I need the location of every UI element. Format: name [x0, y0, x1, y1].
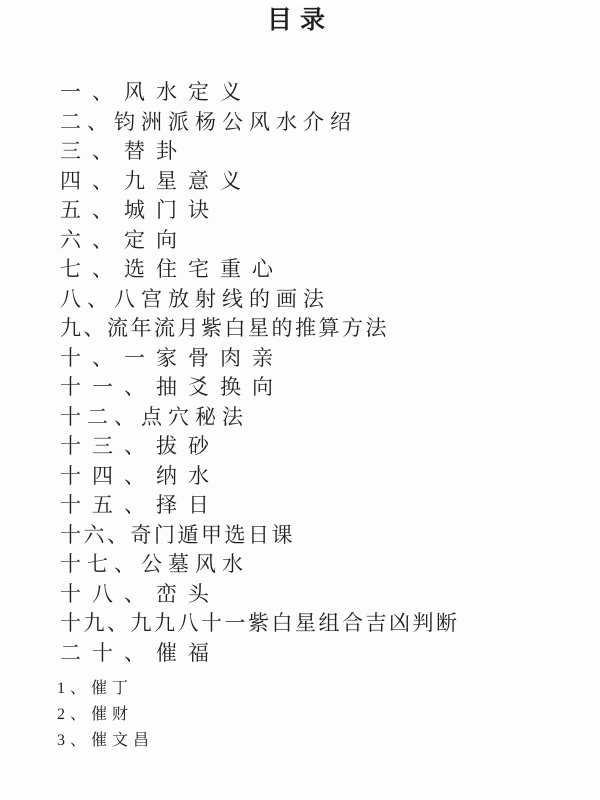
- toc-sub-item: 3、催文昌: [57, 728, 600, 754]
- toc-item: 十三、拔砂: [60, 432, 600, 462]
- toc-item: 一、风水定义: [60, 78, 600, 108]
- document-page: 目录 一、风水定义 二、钧洲派杨公风水介绍 三、替卦 四、九星意义 五、城门诀 …: [0, 6, 600, 800]
- toc-list: 一、风水定义 二、钧洲派杨公风水介绍 三、替卦 四、九星意义 五、城门诀 六、定…: [0, 78, 600, 668]
- toc-item: 十八、峦头: [60, 580, 600, 610]
- toc-sub-item: 1、催丁: [57, 676, 600, 702]
- toc-item: 十九、九九八十一紫白星组合吉凶判断: [60, 609, 600, 639]
- toc-item: 九、流年流月紫白星的推算方法: [60, 314, 600, 344]
- toc-item: 十四、纳水: [60, 462, 600, 492]
- toc-item: 八、八宫放射线的画法: [60, 285, 600, 315]
- toc-item: 十五、择日: [60, 491, 600, 521]
- toc-item: 四、九星意义: [60, 167, 600, 197]
- toc-item: 三、替卦: [60, 137, 600, 167]
- toc-item: 十六、奇门遁甲选日课: [60, 521, 600, 551]
- toc-item: 十二、点穴秘法: [60, 403, 600, 433]
- toc-item: 二、钧洲派杨公风水介绍: [60, 108, 600, 138]
- toc-item: 十、一家骨肉亲: [60, 344, 600, 374]
- toc-item: 十一、抽爻换向: [60, 373, 600, 403]
- toc-item: 十七、公墓风水: [60, 550, 600, 580]
- page-title: 目录: [0, 6, 600, 36]
- toc-sub-list: 1、催丁 2、催财 3、催文昌: [0, 676, 600, 754]
- toc-item: 二十、催福: [60, 639, 600, 669]
- toc-item: 五、城门诀: [60, 196, 600, 226]
- toc-item: 六、定向: [60, 226, 600, 256]
- toc-item: 七、选住宅重心: [60, 255, 600, 285]
- toc-sub-item: 2、催财: [57, 702, 600, 728]
